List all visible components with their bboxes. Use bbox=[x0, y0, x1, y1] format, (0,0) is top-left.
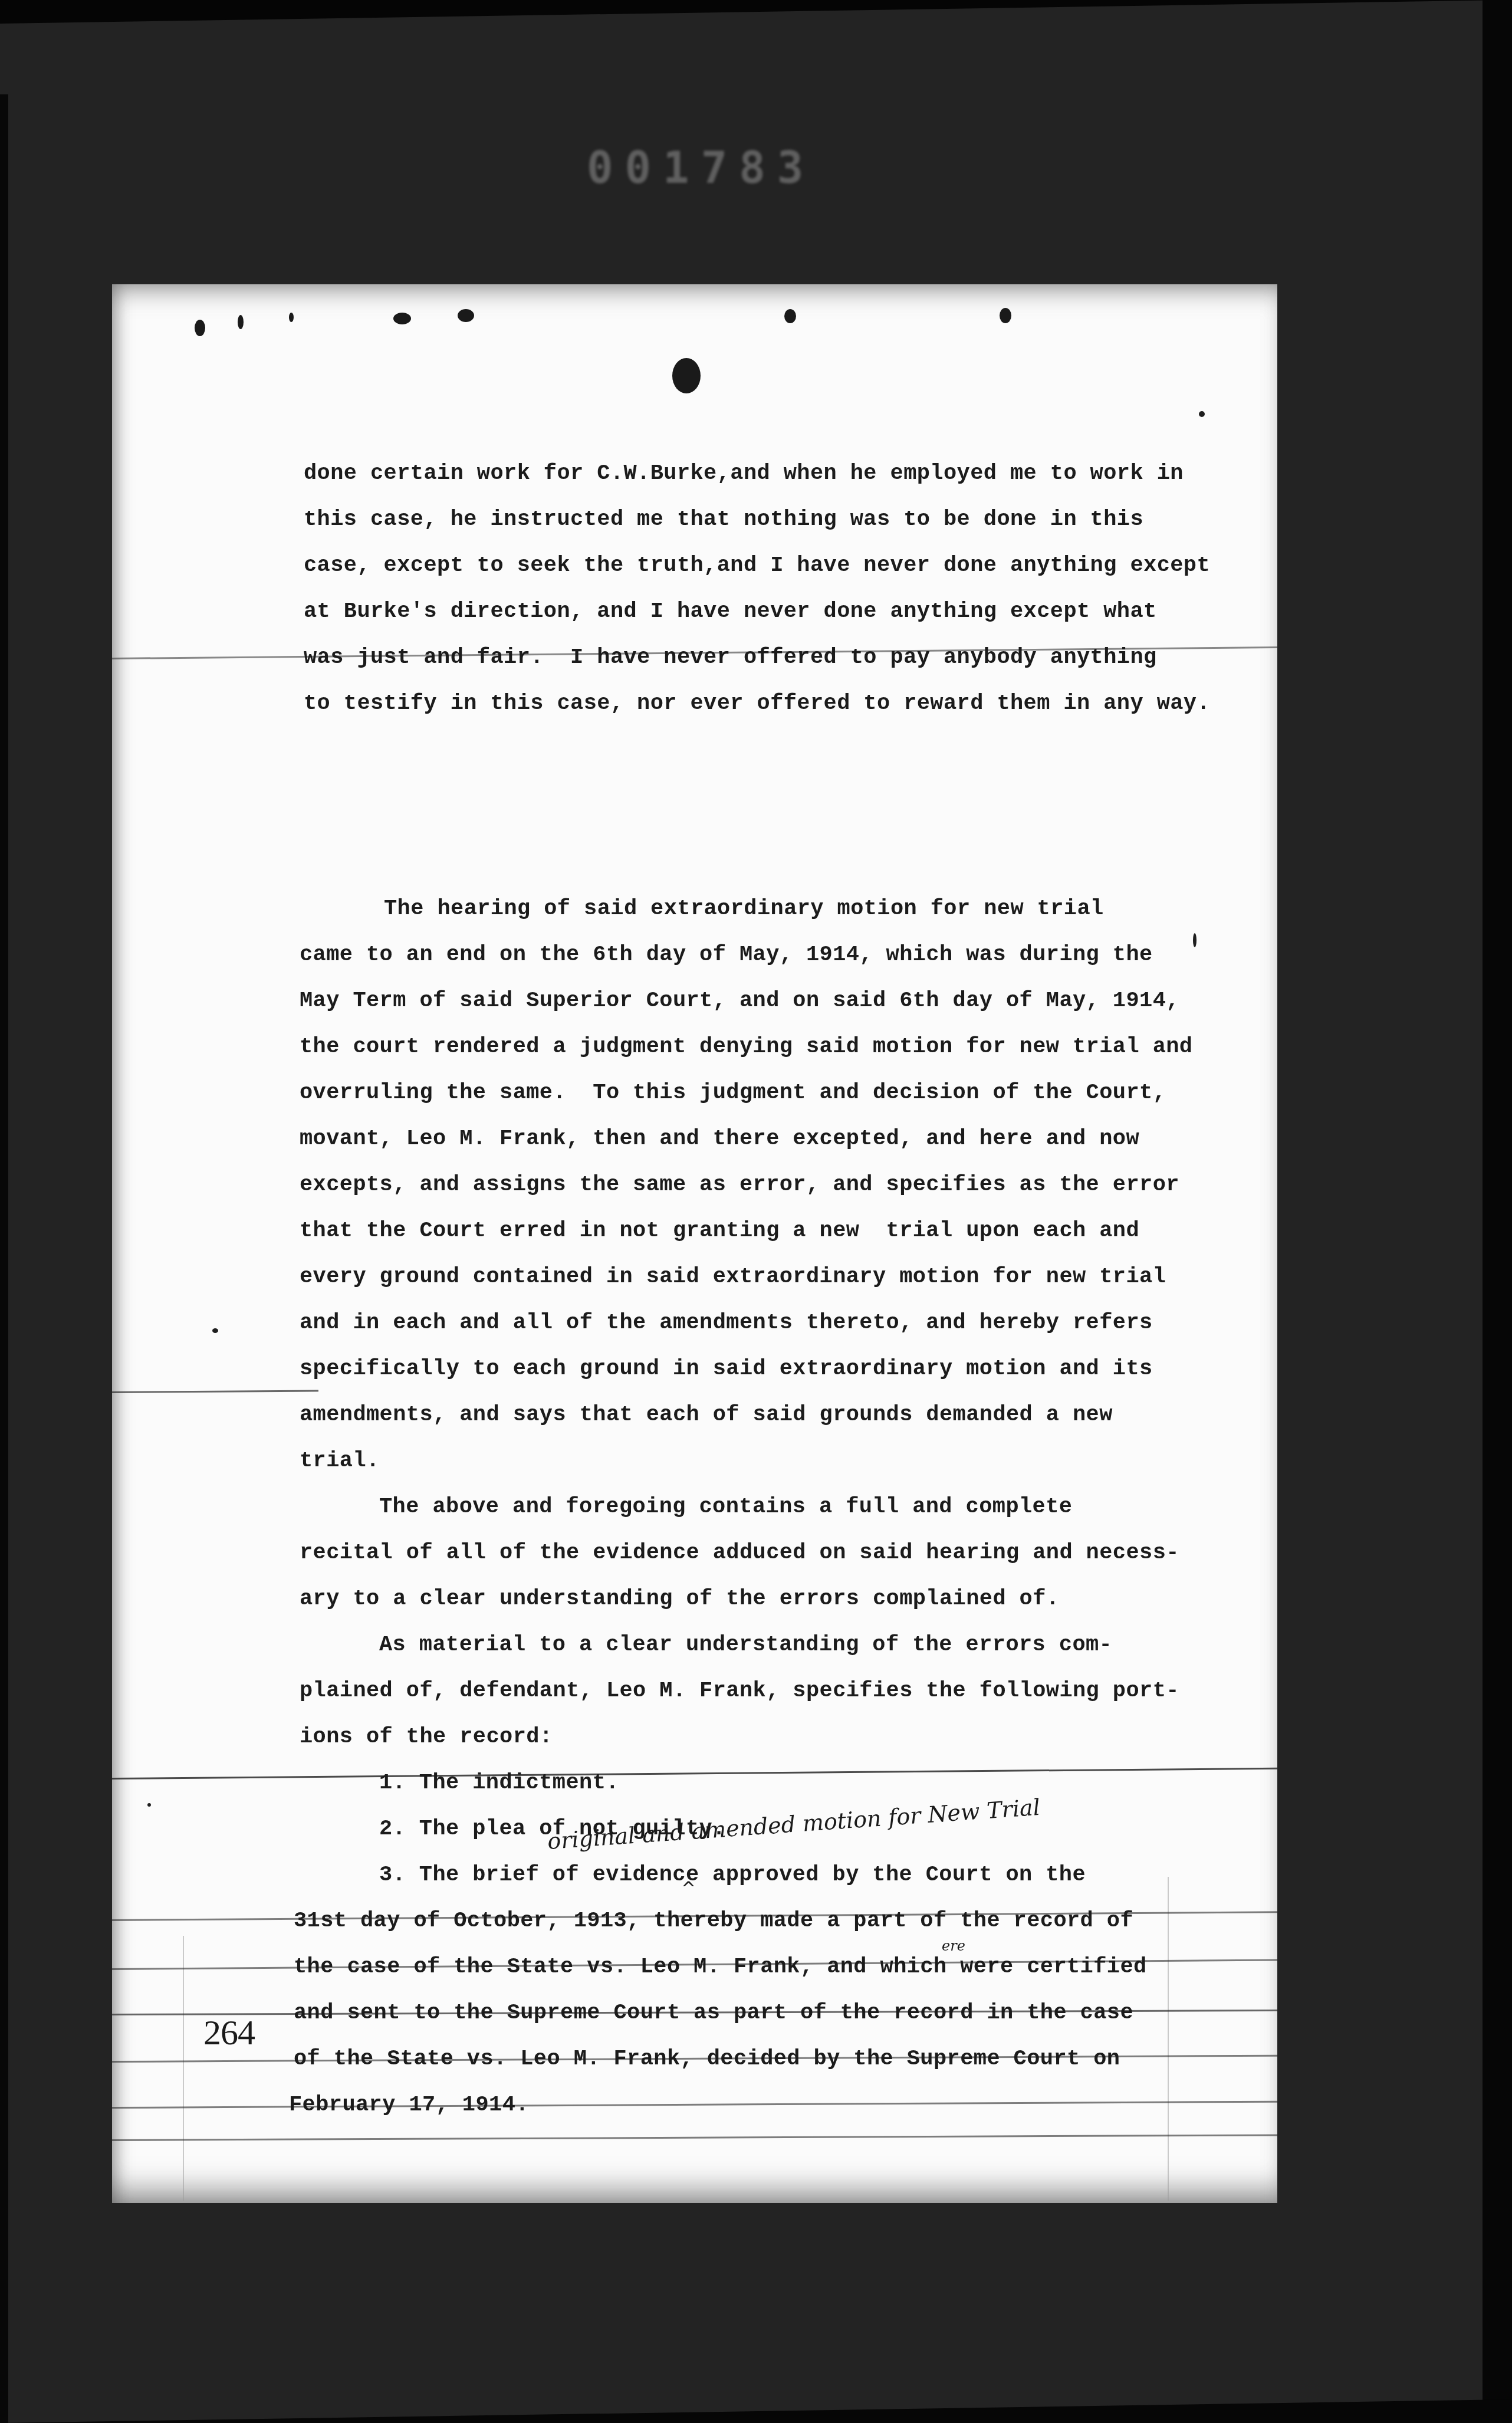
text-line: The hearing of said extraordinary motion… bbox=[317, 898, 1104, 920]
fold-line bbox=[1168, 1877, 1169, 2201]
text-line: amendments, and says that each of said g… bbox=[300, 1404, 1113, 1426]
text-line: to testify in this case, nor ever offere… bbox=[304, 693, 1210, 715]
scan-artifact-line bbox=[112, 2101, 1277, 2109]
text-line: May Term of said Superior Court, and on … bbox=[300, 990, 1179, 1012]
text-line: movant, Leo M. Frank, then and there exc… bbox=[300, 1128, 1139, 1150]
film-frame-number: 001783 bbox=[587, 143, 815, 193]
text-line: every ground contained in said extraordi… bbox=[300, 1266, 1166, 1288]
text-line: that the Court erred in not granting a n… bbox=[300, 1220, 1139, 1242]
binding-mark bbox=[195, 320, 205, 336]
text-line: the court rendered a judgment denying sa… bbox=[300, 1036, 1192, 1058]
film-edge-top bbox=[0, 0, 1512, 24]
text-line: and sent to the Supreme Court as part of… bbox=[294, 2002, 1133, 2024]
scan-artifact-line bbox=[112, 1768, 1277, 1780]
scan-artifact-line bbox=[112, 2134, 1277, 2141]
scan-speck bbox=[147, 1803, 151, 1807]
text-line: plained of, defendant, Leo M. Frank, spe… bbox=[300, 1680, 1179, 1702]
binding-mark bbox=[238, 315, 244, 329]
scan-speck bbox=[1193, 933, 1197, 947]
text-line: trial. bbox=[300, 1450, 380, 1472]
scan-speck bbox=[212, 1328, 218, 1333]
page-number: 264 bbox=[203, 2012, 255, 2053]
binding-mark bbox=[784, 309, 796, 323]
text-line: 31st day of October, 1913, thereby made … bbox=[294, 1910, 1133, 1932]
scan-speck bbox=[1199, 411, 1205, 417]
binding-mark bbox=[458, 309, 474, 322]
handwritten-correction: ere bbox=[942, 1938, 965, 1954]
text-line: at Burke's direction, and I have never d… bbox=[304, 601, 1157, 623]
list-item: 1. The indictment. bbox=[313, 1772, 619, 1794]
list-item: 3. The brief of evidence approved by the… bbox=[313, 1864, 1086, 1886]
punch-hole bbox=[672, 358, 701, 393]
text-line: ions of the record: bbox=[300, 1726, 553, 1748]
film-edge-right bbox=[1483, 0, 1512, 2423]
scan-artifact-line bbox=[112, 1390, 318, 1393]
insertion-caret: ^ bbox=[681, 1879, 696, 1899]
film-edge-bottom bbox=[0, 2399, 1512, 2423]
text-line: overruling the same. To this judgment an… bbox=[300, 1082, 1166, 1104]
film-edge-left bbox=[0, 94, 8, 2423]
text-line: excepts, and assigns the same as error, … bbox=[300, 1174, 1179, 1196]
text-line: ary to a clear understanding of the erro… bbox=[300, 1588, 1059, 1610]
binding-mark bbox=[289, 313, 294, 322]
text-line: case, except to seek the truth,and I hav… bbox=[304, 555, 1210, 577]
text-line: done certain work for C.W.Burke,and when… bbox=[304, 463, 1184, 485]
fold-line bbox=[183, 1936, 184, 2201]
text-line: the case of the State vs. Leo M. Frank, … bbox=[294, 1956, 1147, 1978]
text-line: of the State vs. Leo M. Frank, decided b… bbox=[294, 2048, 1120, 2070]
text-line: was just and fair. I have never offered … bbox=[304, 647, 1157, 669]
binding-mark bbox=[1000, 308, 1011, 323]
text-line: came to an end on the 6th day of May, 19… bbox=[300, 944, 1153, 966]
text-line: As material to a clear understanding of … bbox=[313, 1634, 1112, 1656]
text-line: specifically to each ground in said extr… bbox=[300, 1358, 1153, 1380]
binding-mark bbox=[393, 313, 411, 324]
text-line: and in each and all of the amendments th… bbox=[300, 1312, 1153, 1334]
text-line: February 17, 1914. bbox=[289, 2094, 529, 2116]
text-line: this case, he instructed me that nothing… bbox=[304, 509, 1143, 531]
text-line: recital of all of the evidence adduced o… bbox=[300, 1542, 1179, 1564]
text-line: The above and foregoing contains a full … bbox=[313, 1496, 1072, 1518]
